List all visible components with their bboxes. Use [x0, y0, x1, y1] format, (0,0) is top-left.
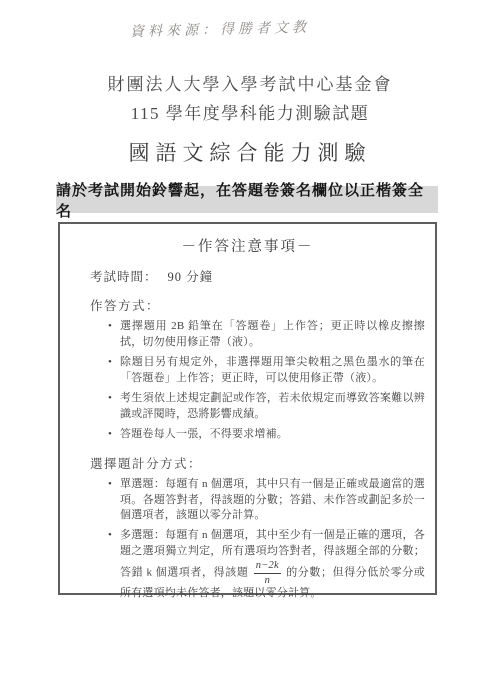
list-item: 考生須依上述規定劃記或作答，若未依規定而導致答案難以辨識或評閱時，恐將影響成績。 — [120, 391, 425, 423]
subject-title: 國語文綜合能力測驗 — [0, 137, 500, 167]
exam-time-line: 考試時間：90 分鐘 — [90, 267, 435, 285]
list-item: 除題目另有規定外，非選擇題用筆尖較粗之黑色墨水的筆在「答題卷」上作答；更正時，可… — [120, 355, 425, 387]
scoring-heading: 選擇題計分方式： — [90, 454, 435, 472]
multiple-choice-item: 多選題：每題有 n 個選項，其中至少有一個是正確的選項，各題之選項獨立判定，所有… — [120, 528, 425, 602]
answer-method-list: 選擇題用 2B 鉛筆在「答題卷」上作答；更正時以橡皮擦擦拭，切勿使用修正帶（液）… — [60, 319, 429, 443]
score-fraction: n−2k n — [254, 560, 281, 586]
exam-year-title: 115 學年度學科能力測驗試題 — [0, 99, 500, 124]
answer-notice-box: －作答注意事項－ 考試時間：90 分鐘 作答方式： 選擇題用 2B 鉛筆在「答題… — [58, 222, 437, 595]
exam-time-label: 考試時間： — [90, 270, 158, 284]
scoring-list: 單選題：每題有 n 個選項，其中只有一個是正確或最適當的選項。各題答對者，得該題… — [60, 477, 429, 603]
notice-box-title: －作答注意事項－ — [60, 235, 435, 256]
handwritten-source-note: 資料來源：得勝者文教 — [130, 15, 380, 42]
organization-title: 財團法人大學入學考試中心基金會 — [0, 70, 500, 95]
fraction-denominator: n — [254, 574, 281, 587]
signature-instruction-banner: 請於考試開始鈴響起，在答題卷簽名欄位以正楷簽全名 — [56, 186, 438, 213]
exam-time-value: 90 分鐘 — [168, 270, 214, 284]
single-choice-item: 單選題：每題有 n 個選項，其中只有一個是正確或最適當的選項。各題答對者，得該題… — [120, 477, 425, 525]
list-item: 答題卷每人一張，不得要求增補。 — [120, 427, 425, 443]
list-item: 選擇題用 2B 鉛筆在「答題卷」上作答；更正時以橡皮擦擦拭，切勿使用修正帶（液）… — [120, 319, 425, 351]
fraction-numerator: n−2k — [254, 560, 281, 574]
answer-method-heading: 作答方式： — [90, 296, 435, 314]
exam-cover-page: 資料來源：得勝者文教 財團法人大學入學考試中心基金會 115 學年度學科能力測驗… — [0, 0, 500, 692]
